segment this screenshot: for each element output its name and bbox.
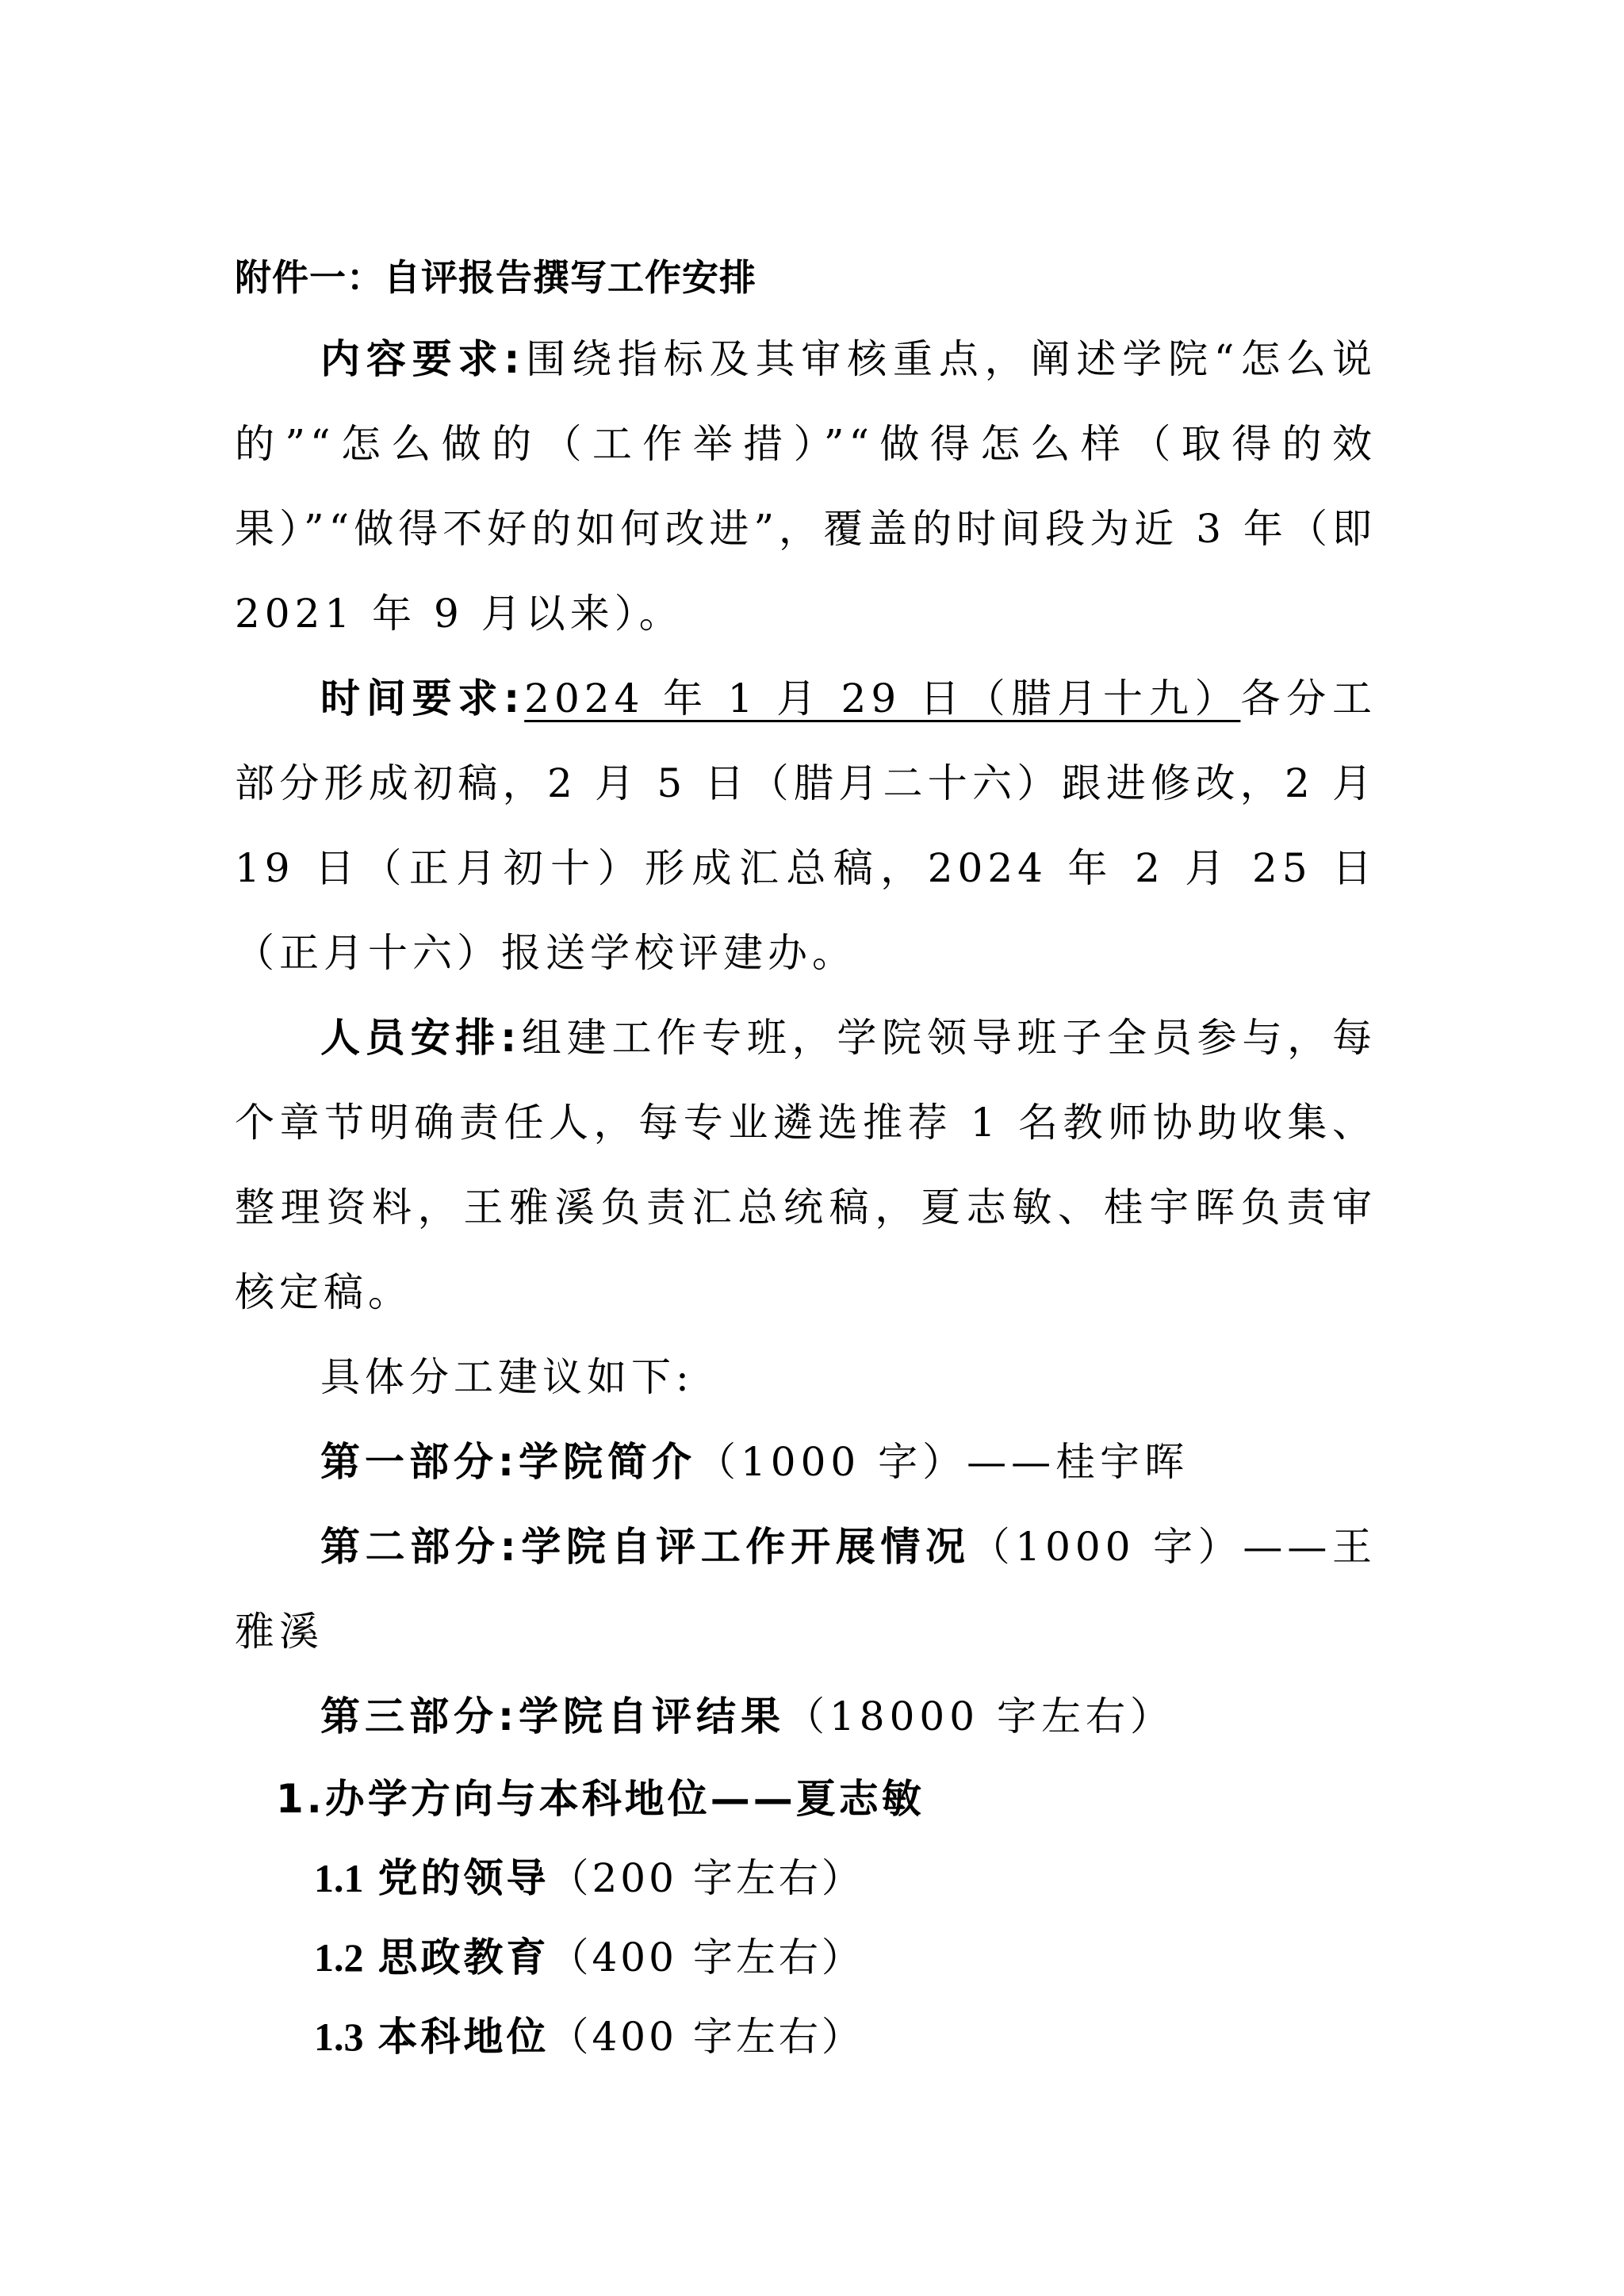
part-1-name: 学院简介 <box>519 1439 696 1485</box>
content-requirement-paragraph: 内容要求:围绕指标及其审核重点，阐述学院“怎么说的”“怎么做的（工作举措）”“做… <box>235 317 1377 656</box>
section-item-name: 本科地位 <box>378 2014 550 2060</box>
division-intro: 具体分工建议如下: <box>235 1335 1377 1420</box>
section-1-heading: 1.办学方向与本科地位——夏志敏 <box>235 1759 1377 1839</box>
part-1-detail: （1000 字）——桂宇晖 <box>696 1439 1189 1485</box>
part-1-line: 第一部分:学院简介（1000 字）——桂宇晖 <box>235 1420 1377 1505</box>
section-item-detail: （200 字左右） <box>550 1855 864 1901</box>
part-2-label: 第二部分: <box>320 1524 521 1570</box>
section-item-1-2: 1.2思政教育（400 字左右） <box>235 1918 1377 1997</box>
section-item-1-1: 1.1党的领导（200 字左右） <box>235 1839 1377 1918</box>
staffing-paragraph: 人员安排:组建工作专班，学院领导班子全员参与，每个章节明确责任人，每专业遴选推荐… <box>235 996 1377 1335</box>
section-item-1-3: 1.3本科地位（400 字左右） <box>235 1997 1377 2076</box>
section-item-name: 党的领导 <box>378 1855 550 1901</box>
part-2-line: 第二部分:学院自评工作开展情况（1000 字）——王雅溪 <box>235 1505 1377 1674</box>
time-requirement-paragraph: 时间要求:2024 年 1 月 29 日（腊月十九）各分工部分形成初稿，2 月 … <box>235 656 1377 996</box>
document-page: 附件一：自评报告撰写工作安排 内容要求:围绕指标及其审核重点，阐述学院“怎么说的… <box>235 238 1377 2076</box>
part-2-name: 学院自评工作开展情况 <box>521 1524 971 1570</box>
time-requirement-label: 时间要求: <box>320 675 524 721</box>
staffing-label: 人员安排: <box>320 1015 521 1061</box>
content-requirement-label: 内容要求: <box>320 336 524 382</box>
part-1-label: 第一部分: <box>320 1439 519 1485</box>
first-deadline-underlined: 2024 年 1 月 29 日（腊月十九） <box>524 675 1240 721</box>
part-3-detail: （18000 字左右） <box>785 1693 1174 1739</box>
section-item-detail: （400 字左右） <box>550 1934 864 1980</box>
part-3-line: 第三部分:学院自评结果（18000 字左右） <box>235 1674 1377 1759</box>
document-title: 附件一：自评报告撰写工作安排 <box>235 238 1377 317</box>
section-item-number: 1.2 <box>314 1935 364 1980</box>
section-item-number: 1.3 <box>314 2015 364 2059</box>
part-3-name: 学院自评结果 <box>519 1693 785 1739</box>
section-item-detail: （400 字左右） <box>550 2014 864 2060</box>
section-item-number: 1.1 <box>314 1856 364 1900</box>
part-3-label: 第三部分: <box>320 1693 519 1739</box>
section-item-name: 思政教育 <box>378 1934 550 1980</box>
